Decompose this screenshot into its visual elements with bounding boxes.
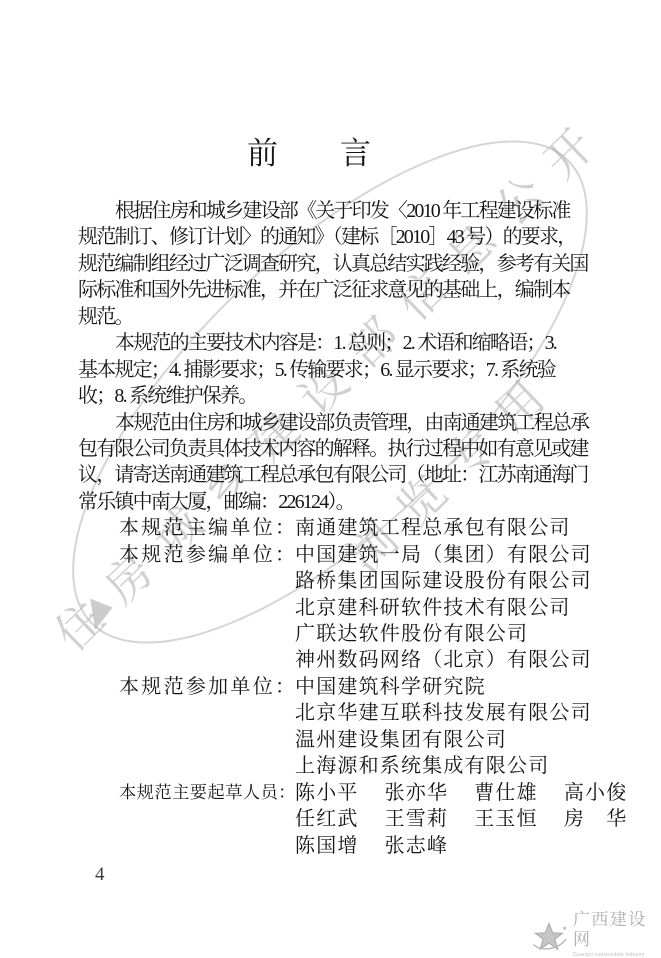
- page-title: 前 言: [0, 128, 618, 173]
- document-page: 住房城乡建设部信息公开 浏览专用 前 言 根据住房和城乡建设部《关于印发〈201…: [0, 0, 661, 958]
- field-label: 本规范参加单位：: [119, 674, 295, 700]
- drafters-names-line: 任红武王雪莉王玉恒房 华: [78, 806, 593, 832]
- unit-label-line: 本规范参加单位：中国建筑科学研究院: [78, 674, 593, 700]
- paragraph-line: 基本规定；4. 捕影要求；5. 传输要求；6. 显示要求；7. 系统验: [78, 357, 593, 383]
- names-row: 任红武王雪莉王玉恒房 华: [295, 806, 627, 832]
- person-name: 高小俊: [564, 780, 628, 806]
- field-value: 中国建筑一局（集团）有限公司: [295, 544, 592, 566]
- paragraph-line: 规范。: [78, 304, 593, 330]
- person-name: 张志峰: [385, 833, 449, 859]
- page-number: 4: [95, 864, 105, 886]
- field-label: 本规范参编单位：: [119, 542, 295, 568]
- person-name: 张亦华: [385, 780, 449, 806]
- foreword-body: 根据住房和城乡建设部《关于印发〈2010 年工程建设标准规范制订、修订计划〉的通…: [78, 198, 593, 859]
- unit-value-line: 上海源和系统集成有限公司: [78, 753, 593, 779]
- site-logo-name: 广西建设网: [573, 910, 661, 950]
- paragraph-line: 议，请寄送南通建筑工程总承包有限公司（地址：江苏南通海门: [78, 462, 593, 488]
- paragraph-line: 本规范由住房和城乡建设部负责管理，由南通建筑工程总承: [78, 410, 593, 436]
- person-name: 王玉恒: [474, 806, 538, 832]
- star-icon: [530, 916, 568, 958]
- paragraph-line: 收；8. 系统维护保养。: [78, 383, 593, 409]
- field-value: 南通建筑工程总承包有限公司: [295, 517, 571, 539]
- unit-label-line: 本规范主编单位：南通建筑工程总承包有限公司: [78, 515, 593, 541]
- names-row: 陈国增张志峰: [295, 833, 448, 859]
- paragraph-line: 常乐镇中南大厦，邮编：226124）。: [78, 489, 593, 515]
- drafters-names-line: 陈国增张志峰: [78, 833, 593, 859]
- paragraph-line: 规范制订、修订计划〉的通知》（建标［2010］43 号）的要求，: [78, 224, 593, 250]
- person-name: 曹仕雄: [474, 780, 538, 806]
- unit-value-line: 温州建设集团有限公司: [78, 727, 593, 753]
- unit-value-line: 北京华建互联科技发展有限公司: [78, 700, 593, 726]
- names-row: 陈小平张亦华曹仕雄高小俊: [295, 780, 627, 806]
- unit-value-line: 广联达软件股份有限公司: [78, 621, 593, 647]
- person-name: 陈小平: [295, 780, 359, 806]
- unit-value-line: 神州数码网络（北京）有限公司: [78, 647, 593, 673]
- site-logo: 广西建设网 Guangxi construction industry info…: [530, 910, 661, 958]
- paragraph-line: 根据住房和城乡建设部《关于印发〈2010 年工程建设标准: [78, 198, 593, 224]
- paragraph-line: 际标准和国外先进标准，并在广泛征求意见的基础上，编制本: [78, 277, 593, 303]
- person-name: 陈国增: [295, 833, 359, 859]
- field-label: 本规范主编单位：: [119, 515, 295, 541]
- person-name: 房 华: [564, 806, 628, 832]
- site-logo-tagline: Guangxi construction industry informatio…: [573, 952, 661, 958]
- person-name: 任红武: [295, 806, 359, 832]
- person-name: 王雪莉: [385, 806, 449, 832]
- unit-label-line: 本规范参编单位：中国建筑一局（集团）有限公司: [78, 542, 593, 568]
- field-value: 中国建筑科学研究院: [295, 676, 486, 698]
- field-label: 本规范主要起草人员：: [119, 780, 295, 806]
- unit-value-line: 北京建科研软件技术有限公司: [78, 595, 593, 621]
- paragraph-line: 规范编制组经过广泛调查研究，认真总结实践经验，参考有关国: [78, 251, 593, 277]
- drafters-label-line: 本规范主要起草人员：陈小平张亦华曹仕雄高小俊: [78, 780, 593, 806]
- paragraph-line: 本规范的主要技术内容是：1. 总则；2. 术语和缩略语；3.: [78, 330, 593, 356]
- paragraph-line: 包有限公司负责具体技术内容的解释。执行过程中如有意见或建: [78, 436, 593, 462]
- unit-value-line: 路桥集团国际建设股份有限公司: [78, 568, 593, 594]
